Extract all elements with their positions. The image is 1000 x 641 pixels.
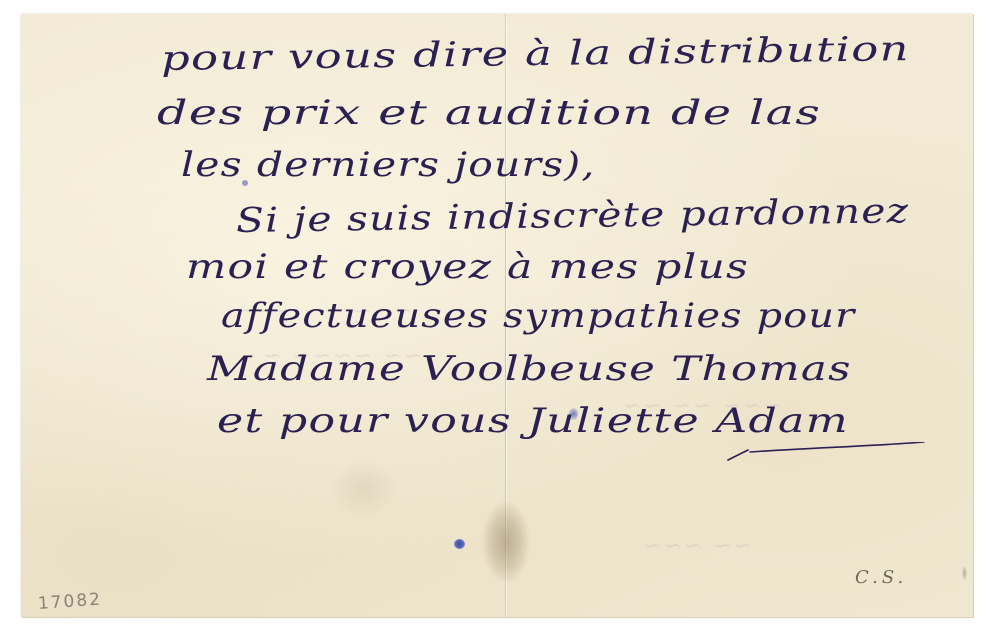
letter-line-1: pour vous dire à la distribution <box>161 32 911 76</box>
letter-line-3: les derniers jours), <box>181 148 596 182</box>
letter-paper: ~~~ ~~ ~~~ ~~ ~~~~ ~ ~~~ ~~ ~~ ~~ ~~~ po… <box>21 14 973 617</box>
ink-blot <box>454 539 465 549</box>
letter-line-4: Si je suis indiscrète pardonnez <box>236 194 910 238</box>
letter-line-6: affectueuses sympathies pour <box>221 299 855 333</box>
paper-stain-faint <box>329 459 399 519</box>
letter-line-2: des prix et audition de las <box>157 96 821 130</box>
letter-line-8-signature: et pour vous Juliette Adam <box>217 404 849 438</box>
letter-line-7: Madame Voolbeuse Thomas <box>207 352 852 386</box>
archive-number: 17082 <box>37 590 102 614</box>
edge-mark <box>962 566 967 580</box>
signature-flourish <box>726 442 926 462</box>
bleed-through-mark: ~~ ~~~ <box>641 534 752 559</box>
letter-line-5: moi et croyez à mes plus <box>186 250 749 284</box>
archive-initials: C.S. <box>855 567 907 588</box>
paper-stain <box>483 502 529 582</box>
scan-viewport: ~~~ ~~ ~~~ ~~ ~~~~ ~ ~~~ ~~ ~~ ~~ ~~~ po… <box>0 0 1000 641</box>
